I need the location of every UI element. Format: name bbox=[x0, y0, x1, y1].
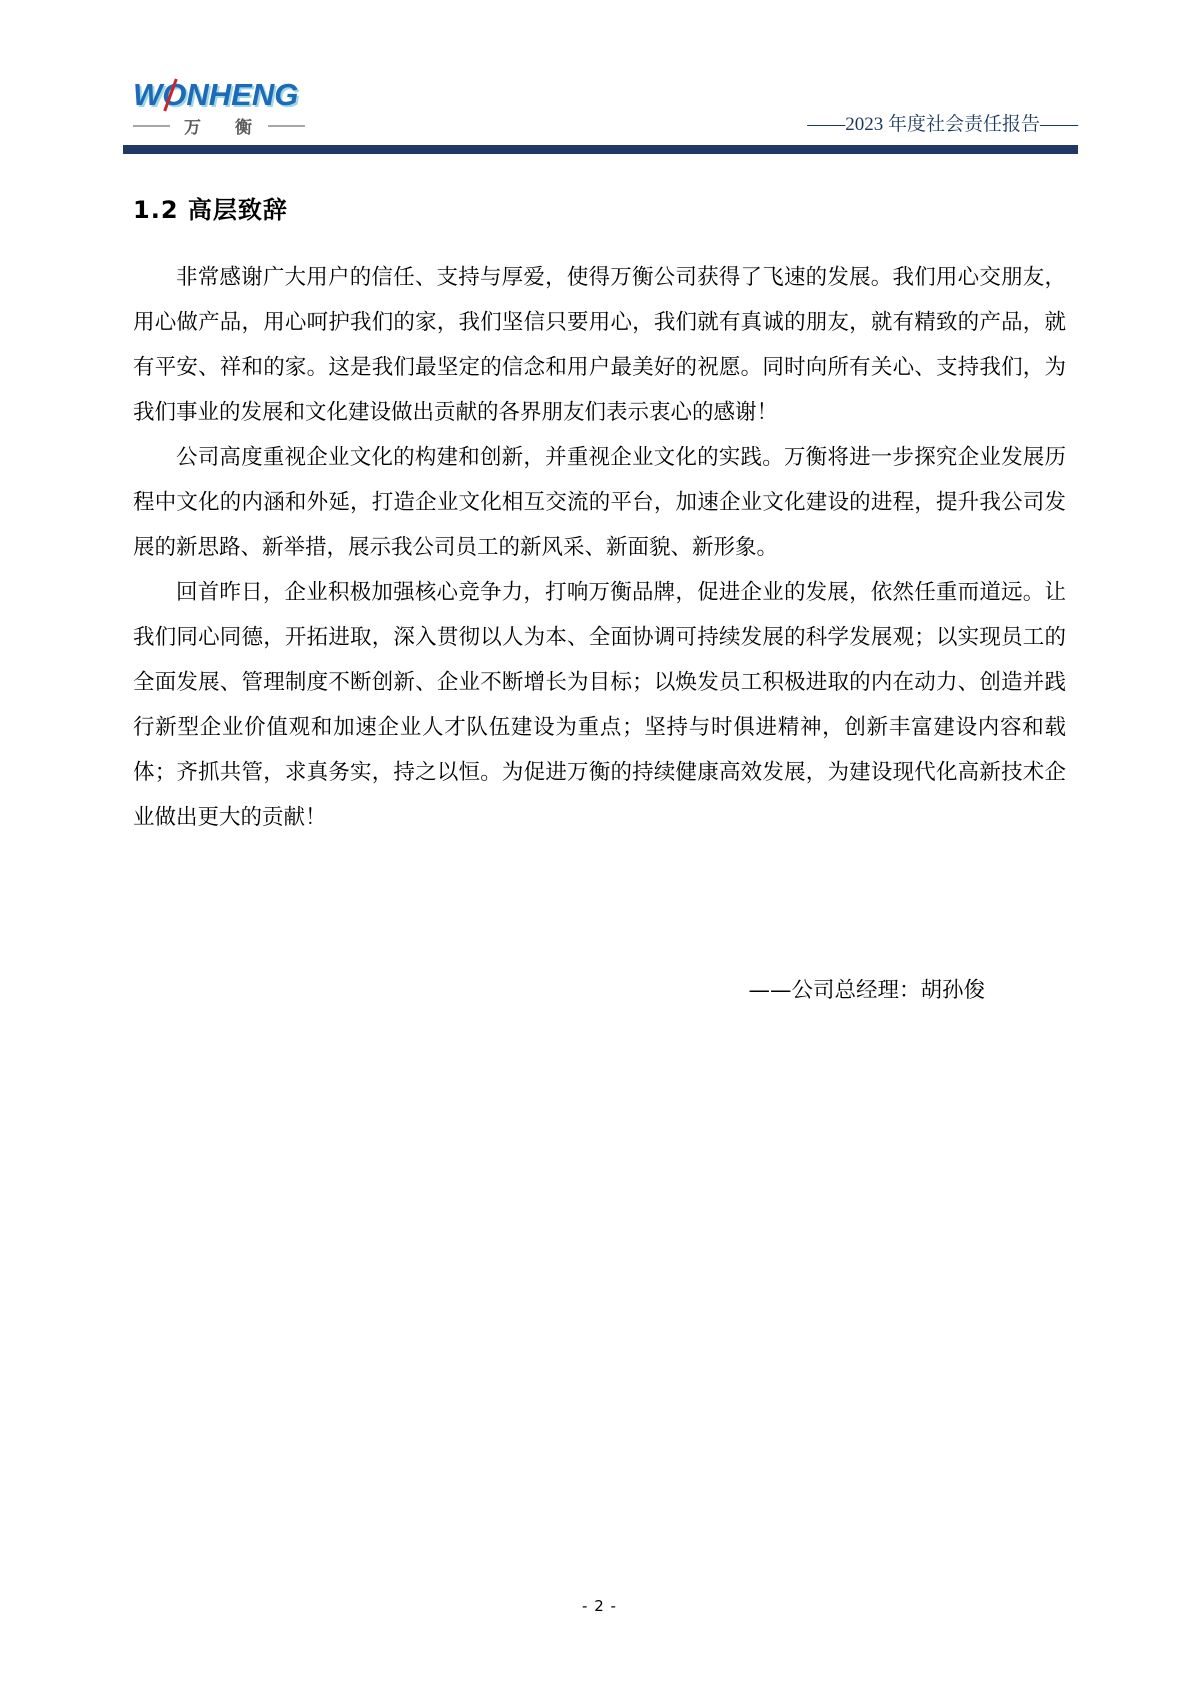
body-paragraph: 公司高度重视企业文化的构建和创新，并重视企业文化的实践。万衡将进一步探究企业发展… bbox=[133, 435, 1066, 570]
signature-line: ——公司总经理：胡孙俊 bbox=[133, 973, 985, 1004]
page-number: - 2 - bbox=[0, 1597, 1199, 1615]
logo-wordmark-wrap: WONHENG bbox=[133, 80, 298, 110]
page-header: WONHENG 万 衡 ——2023 年度社会责任报告—— bbox=[133, 80, 1078, 138]
report-title: ——2023 年度社会责任报告—— bbox=[807, 109, 1078, 138]
logo-subtitle-row: 万 衡 bbox=[133, 113, 305, 138]
company-logo: WONHENG 万 衡 bbox=[133, 80, 313, 138]
section-title: 1.2 高层致辞 bbox=[133, 190, 1066, 225]
logo-right-rule bbox=[268, 125, 305, 127]
logo-chinese-name: 万 衡 bbox=[170, 113, 268, 138]
header-divider-bar bbox=[123, 145, 1078, 154]
document-body: 非常感谢广大用户的信任、支持与厚爱，使得万衡公司获得了飞速的发展。我们用心交朋友… bbox=[133, 255, 1066, 840]
logo-wordmark: WONHENG bbox=[133, 77, 298, 112]
logo-left-rule bbox=[133, 125, 170, 127]
report-page: WONHENG 万 衡 ——2023 年度社会责任报告—— 1.2 高层致辞 非… bbox=[0, 0, 1199, 1708]
body-paragraph: 非常感谢广大用户的信任、支持与厚爱，使得万衡公司获得了飞速的发展。我们用心交朋友… bbox=[133, 255, 1066, 435]
body-paragraph: 回首昨日，企业积极加强核心竞争力，打响万衡品牌，促进企业的发展，依然任重而道远。… bbox=[133, 570, 1066, 840]
